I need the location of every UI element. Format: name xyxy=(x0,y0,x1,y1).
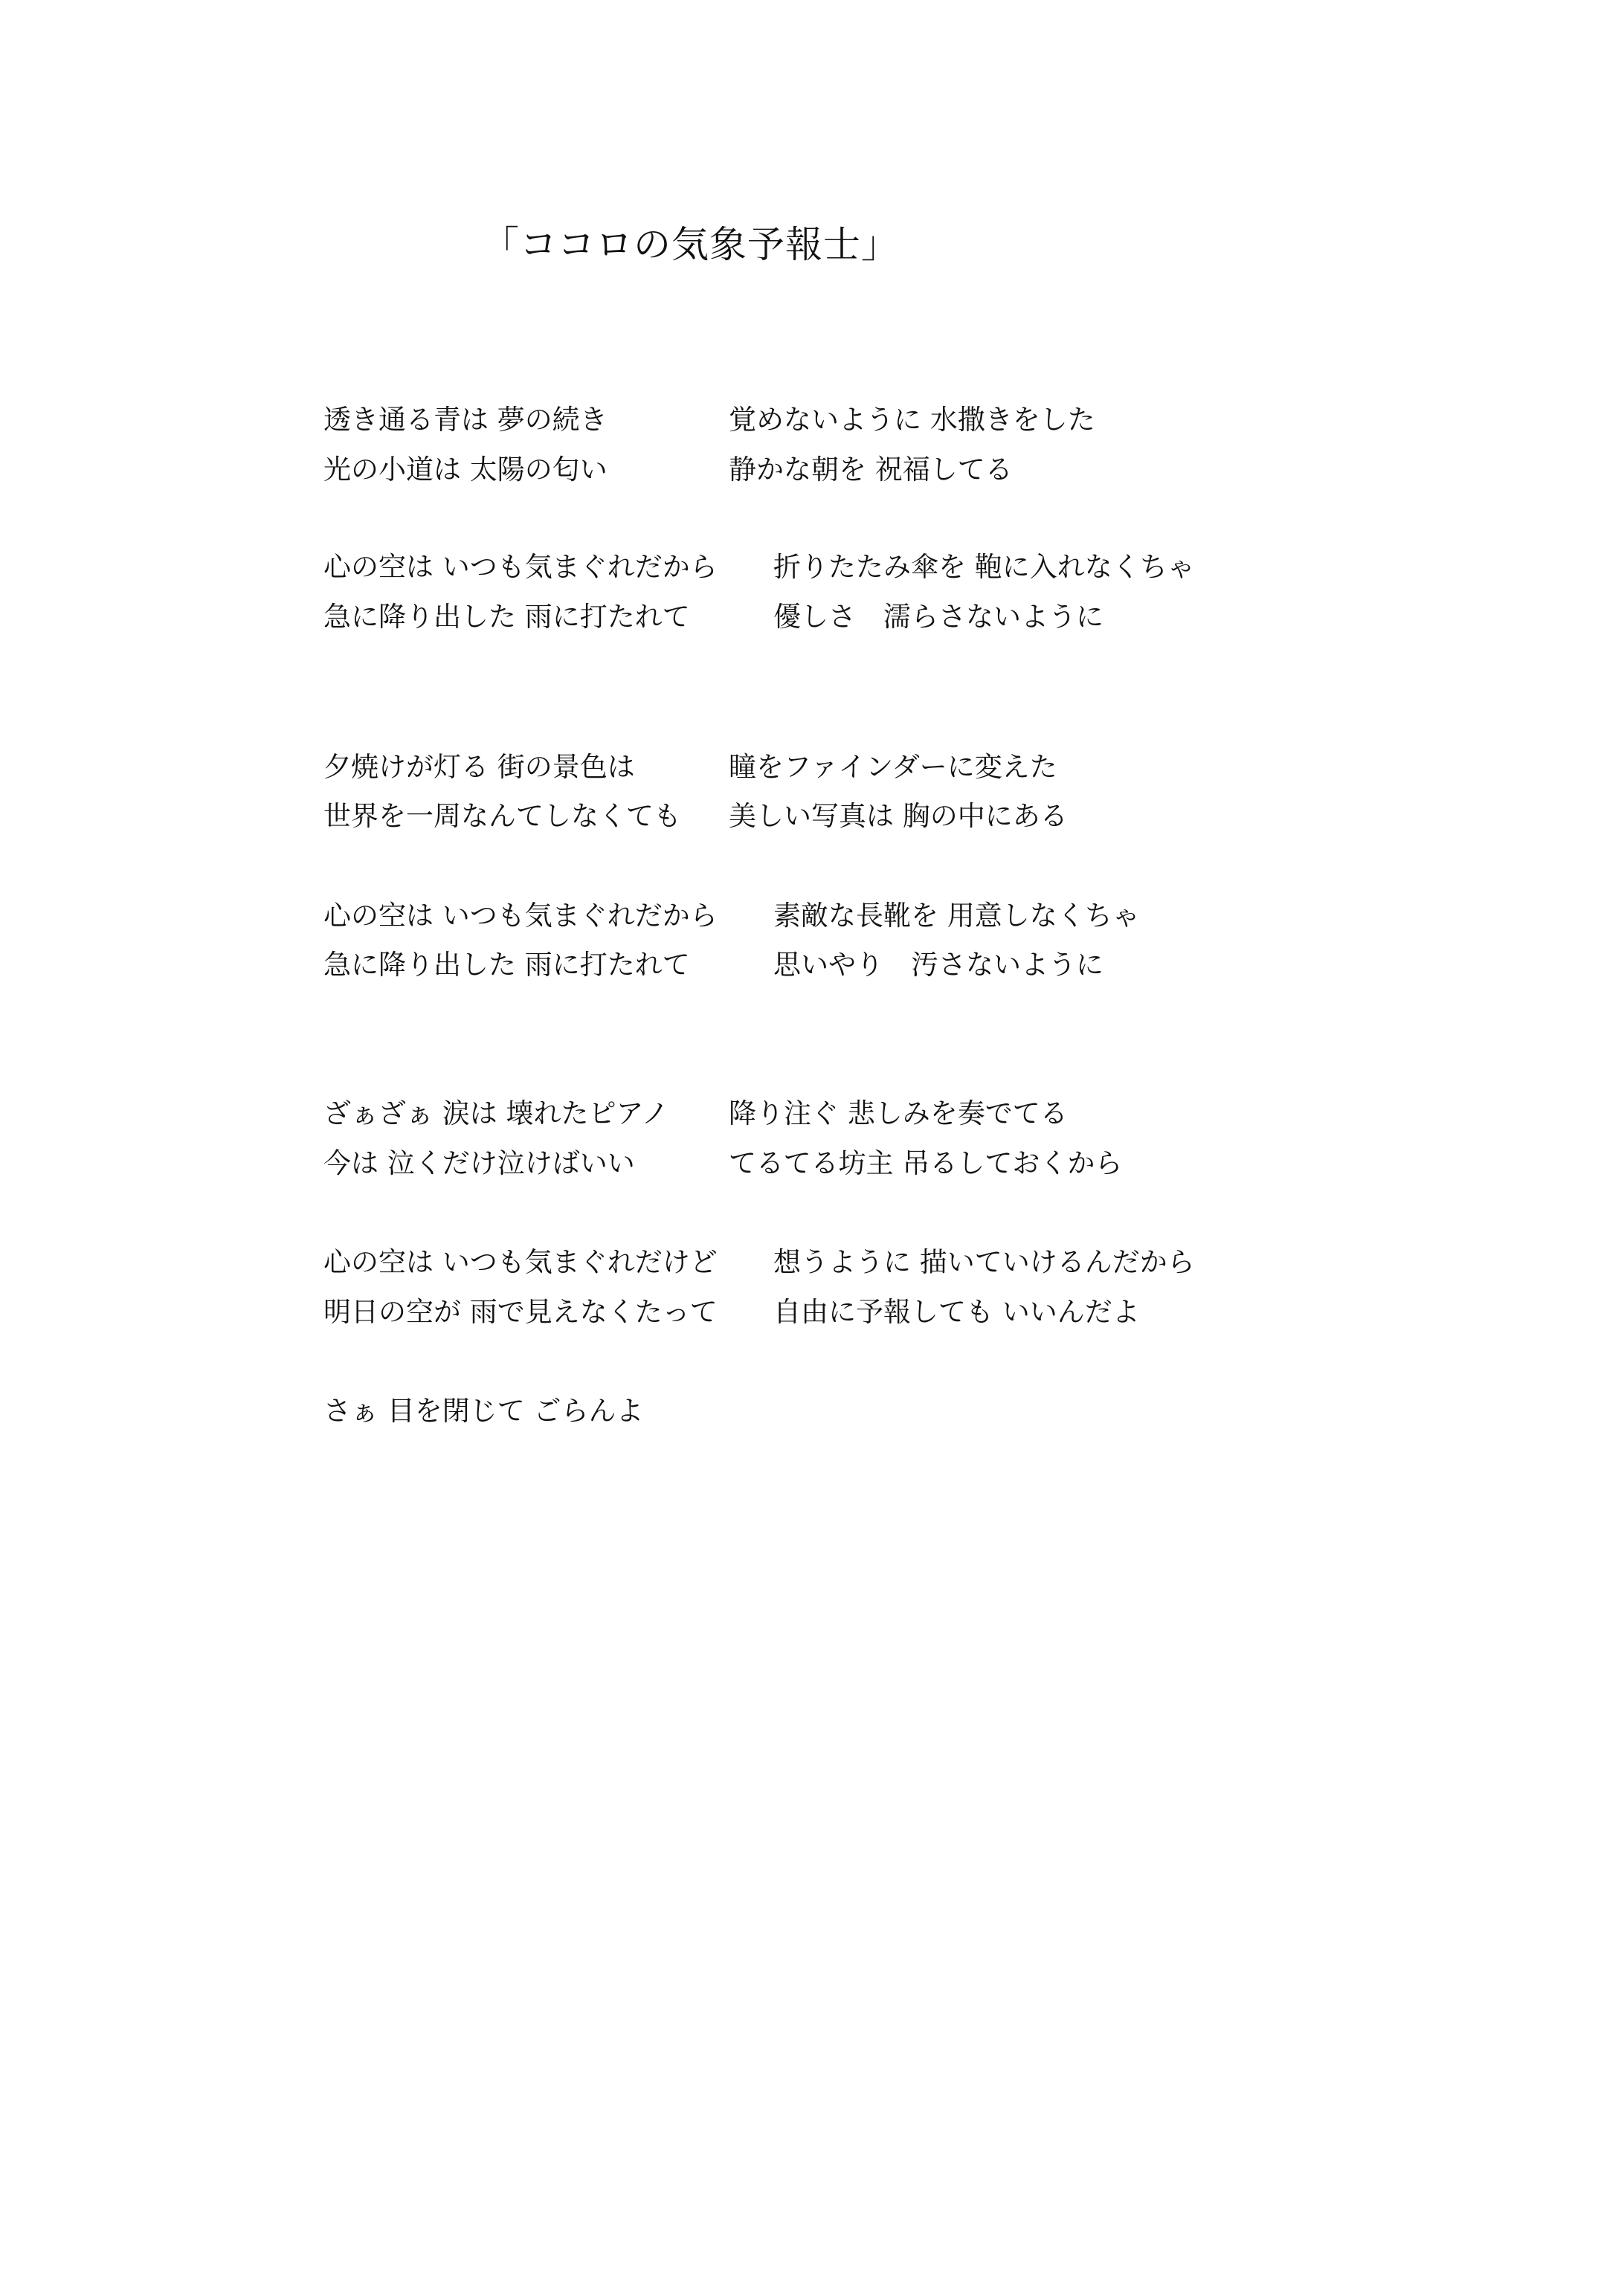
lyric-line-right: 美しい写真は 胸の中にある xyxy=(729,798,1068,835)
lyric-line-right: てるてる坊主 吊るしておくから xyxy=(729,1145,1122,1182)
document-page: 「ココロの気象予報士」 透き通る青は 夢の続き覚めないように 水撒きをした光の小… xyxy=(0,0,1624,2296)
lyric-line-left: 透き通る青は 夢の続き xyxy=(323,402,608,439)
lyric-line-right: 静かな朝を 祝福してる xyxy=(729,451,1013,488)
lyric-line-left: 光の小道は 太陽の匂い xyxy=(323,451,608,488)
lyric-line-left: 世界を一周なんてしなくても xyxy=(323,798,681,835)
lyric-line-right: 降り注ぐ 悲しみを奏でてる xyxy=(729,1095,1068,1132)
lyric-line-left: 今は 泣くだけ泣けばいい xyxy=(323,1145,635,1182)
lyric-line-right: 素敵な長靴を 用意しなくちゃ xyxy=(773,897,1140,935)
lyric-line-right: 自由に予報しても いいんだよ xyxy=(773,1294,1140,1331)
lyric-line-left: 急に降り出した 雨に打たれて xyxy=(323,947,690,984)
lyric-line-left: 明日の空が 雨で見えなくたって xyxy=(323,1294,718,1331)
lyric-line-right: 瞳をファインダーに変えた xyxy=(729,749,1057,786)
lyric-line-right: 想うように 描いていけるんだから xyxy=(773,1244,1195,1281)
lyric-line-left: 心の空は いつも気まぐれだから xyxy=(323,549,718,586)
lyric-line-left: 急に降り出した 雨に打たれて xyxy=(323,599,690,636)
lyric-line-right: 折りたたみ傘を 鞄に入れなくちゃ xyxy=(773,549,1195,586)
lyrics-title: 「ココロの気象予報士」 xyxy=(482,219,899,271)
lyric-line-left: 夕焼けが灯る 街の景色は xyxy=(323,749,635,786)
lyric-line-right: 優しさ 濡らさないように xyxy=(773,599,1103,636)
lyric-line-right: 覚めないように 水撒きをした xyxy=(729,402,1095,439)
lyric-line-left: 心の空は いつも気まぐれだけど xyxy=(323,1244,718,1281)
lyric-line-right: 思いやり 汚さないように xyxy=(773,947,1103,984)
lyric-line-left: ざぁざぁ 涙は 壊れたピアノ xyxy=(323,1095,669,1132)
lyric-line-left: さぁ 目を閉じて ごらんよ xyxy=(323,1393,644,1430)
lyric-line-left: 心の空は いつも気まぐれだから xyxy=(323,897,718,935)
